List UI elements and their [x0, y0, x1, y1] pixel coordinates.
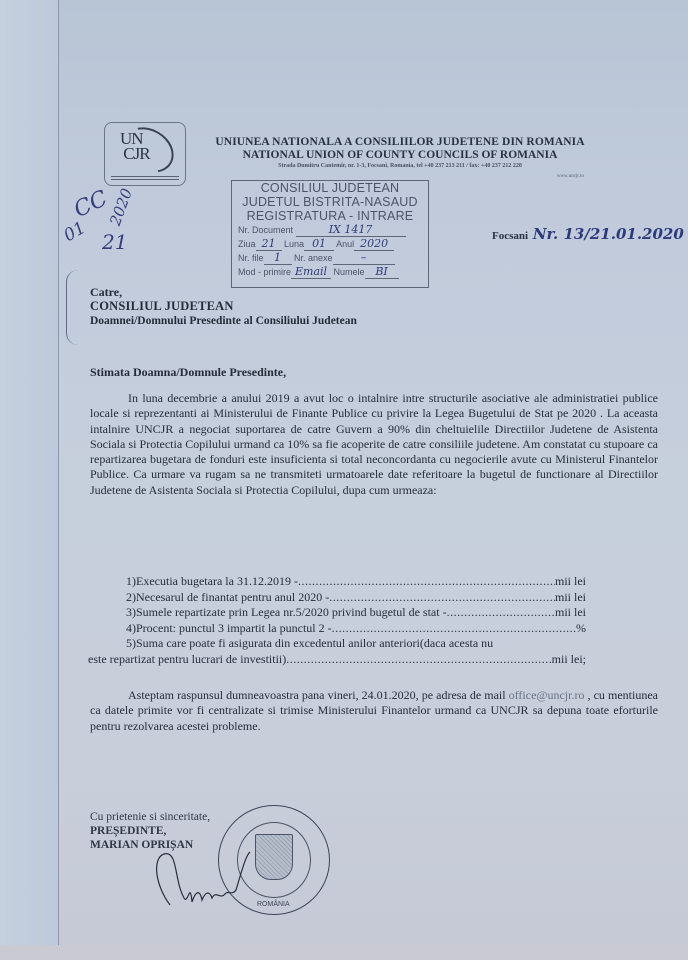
org-website: www.uncjr.ro: [557, 174, 584, 179]
mod-primire-value: Email: [291, 265, 331, 279]
ziua-label: Ziua: [238, 239, 256, 249]
annotation-line1: CC: [70, 186, 111, 223]
nr-document-label: Nr. Document: [238, 225, 293, 235]
nr-file-value: 1: [264, 251, 292, 265]
nr-document-value: IX 1417: [296, 223, 406, 237]
background-bottom: [0, 945, 688, 960]
list-item-continuation: este repartizat pentru lucrari de invest…: [88, 652, 586, 668]
list-item-label: 2)Necesarul de finantat pentru anul 2020…: [126, 590, 329, 606]
logo-caption: [111, 176, 179, 180]
letterhead: UNIUNEA NATIONALA A CONSILIILOR JUDETENE…: [210, 136, 590, 170]
fill-in-dots: ........................................…: [447, 605, 555, 621]
body-paragraph: In luna decembrie a anului 2019 a avut l…: [90, 391, 658, 498]
list-item-unit: %: [576, 621, 586, 637]
nr-file-label: Nr. file: [238, 253, 264, 263]
list-item-unit: mii lei;: [552, 652, 586, 668]
closing-paragraph: Asteptam raspunsul dumneavoastra pana vi…: [90, 688, 658, 734]
registry-stamp: CONSILIUL JUDETEAN JUDETUL BISTRITA-NASA…: [231, 180, 429, 288]
salutation: Stimata Doamna/Domnule Presedinte,: [90, 365, 286, 380]
place-date: Focsani Nr. 13/21.01.2020: [492, 225, 684, 243]
fill-in-dots: ........................................…: [298, 574, 555, 590]
stamp-line3: REGISTRATURA - INTRARE: [232, 209, 428, 223]
signature: [150, 850, 260, 910]
addressee-line1: Catre,: [90, 285, 357, 299]
nr-anexe-value: –: [333, 251, 395, 265]
list-item: 4)Procent: punctul 3 impartit la punctul…: [126, 621, 586, 637]
list-item-label: 1)Executia bugetara la 31.12.2019 -: [126, 574, 298, 590]
numele-value: BI: [365, 265, 399, 279]
email-link[interactable]: office@uncjr.ro: [509, 688, 585, 702]
stamp-nr-document: Nr. Document IX 1417: [232, 223, 428, 237]
handwritten-bracket: [66, 270, 79, 345]
org-name-en: NATIONAL UNION OF COUNTY COUNCILS OF ROM…: [210, 149, 590, 162]
stamp-file: Nr. file1 Nr. anexe–: [232, 251, 428, 265]
ziua-value: 21: [256, 237, 282, 251]
anul-value: 2020: [354, 237, 394, 251]
seal-text: ROMÂNIA: [257, 901, 290, 908]
org-name-ro: UNIUNEA NATIONALA A CONSILIILOR JUDETENE…: [210, 136, 590, 149]
nr-anexe-label: Nr. anexe: [294, 253, 333, 263]
list-item-unit: mii lei: [555, 590, 586, 606]
addressee: Catre, CONSILIUL JUDETEAN Doamnei/Domnul…: [90, 285, 357, 329]
city: Focsani: [492, 230, 528, 242]
mod-primire-label: Mod - primire: [238, 267, 291, 277]
background: [0, 0, 66, 960]
coat-of-arms-icon: [255, 834, 293, 880]
closing-phrase: Cu prietenie si sinceritate,: [90, 810, 210, 824]
annotation-line4: 21: [102, 230, 127, 254]
org-address: Strada Dumitru Cantemir, nr. 1-3, Focsan…: [210, 162, 590, 170]
list-item-label: 5)Suma care poate fi asigurata din exced…: [126, 636, 493, 652]
fill-in-dots: ........................................…: [286, 652, 551, 668]
luna-value: 01: [304, 237, 334, 251]
annotation-line3: 01: [60, 218, 89, 246]
list-item: 1)Executia bugetara la 31.12.2019 - ....…: [126, 574, 586, 590]
fill-in-dots: ........................................…: [332, 621, 576, 637]
list-item-label: este repartizat pentru lucrari de invest…: [88, 652, 286, 668]
stamp-date: Ziua21 Luna01 Anul2020: [232, 237, 428, 251]
stamp-line2: JUDETUL BISTRITA-NASAUD: [232, 195, 428, 209]
signoff: Cu prietenie si sinceritate, PREȘEDINTE,…: [90, 810, 210, 852]
addressee-line2: CONSILIUL JUDETEAN: [90, 299, 357, 314]
stamp-line1: CONSILIUL JUDETEAN: [232, 181, 428, 195]
list-item: 3)Sumele repartizate prin Legea nr.5/202…: [126, 605, 586, 621]
anul-label: Anul: [336, 239, 354, 249]
signer-title: PREȘEDINTE,: [90, 824, 210, 838]
list-item-unit: mii lei: [555, 574, 586, 590]
uncjr-logo: UN CJR: [104, 122, 186, 186]
numele-label: Numele: [334, 267, 365, 277]
addressee-line3: Doamnei/Domnului Presedinte al Consiliul…: [90, 314, 357, 329]
body-text: In luna decembrie a anului 2019 a avut l…: [90, 391, 658, 498]
list-item-unit: mii lei: [555, 605, 586, 621]
closing-text-part1: Asteptam raspunsul dumneavoastra pana vi…: [128, 688, 509, 702]
reference-number: Nr. 13/21.01.2020: [533, 225, 684, 243]
annotation-line2: 2020: [106, 186, 136, 228]
logo-arc-icon: [114, 118, 182, 181]
request-list: 1)Executia bugetara la 31.12.2019 - ....…: [126, 574, 586, 667]
list-item-label: 4)Procent: punctul 3 impartit la punctul…: [126, 621, 332, 637]
list-item: 5)Suma care poate fi asigurata din exced…: [126, 636, 586, 652]
luna-label: Luna: [284, 239, 304, 249]
handwritten-annotation: CC 2020 01 21: [62, 190, 162, 270]
fill-in-dots: ........................................…: [329, 590, 555, 606]
list-item: 2)Necesarul de finantat pentru anul 2020…: [126, 590, 586, 606]
stamp-mod-primire: Mod - primireEmail NumeleBI: [232, 265, 428, 279]
list-item-label: 3)Sumele repartizate prin Legea nr.5/202…: [126, 605, 447, 621]
